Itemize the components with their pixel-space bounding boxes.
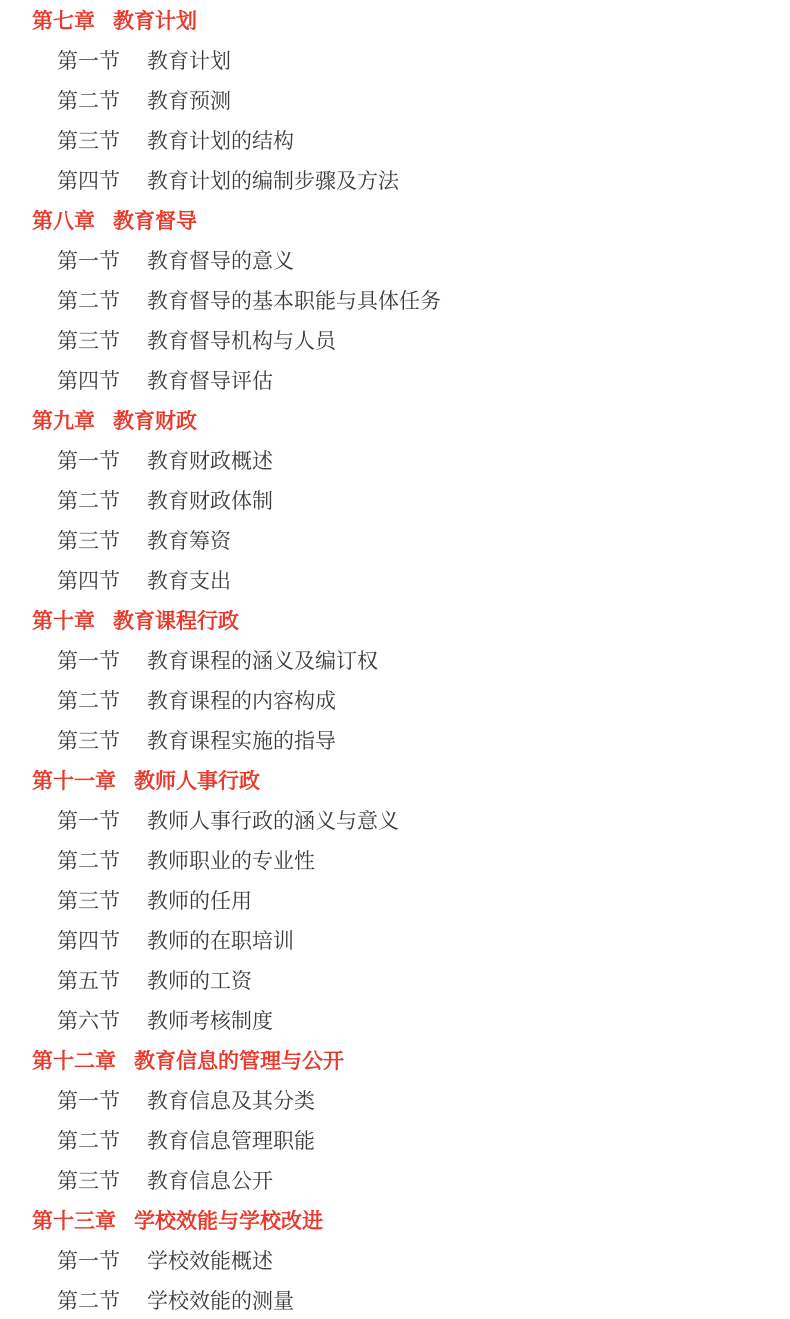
chapter-title: 教育财政 xyxy=(113,405,197,435)
section-title: 教育财政体制 xyxy=(147,485,273,515)
section-row: 第一节 教育督导的意义 xyxy=(0,240,790,280)
section-title: 教育督导的基本职能与具体任务 xyxy=(147,285,441,315)
chapter-row: 第七章 教育计划 xyxy=(0,0,790,40)
section-row: 第二节 教育预测 xyxy=(0,80,790,120)
chapter-title: 教师人事行政 xyxy=(134,765,260,795)
chapter-title: 教育信息的管理与公开 xyxy=(134,1045,344,1075)
section-title: 教育督导的意义 xyxy=(147,245,294,275)
chapter-number: 第九章 xyxy=(32,405,95,435)
chapter-row: 第十三章 学校效能与学校改进 xyxy=(0,1200,790,1240)
chapter-title: 教育课程行政 xyxy=(113,605,239,635)
section-number: 第二节 xyxy=(57,485,120,515)
table-of-contents: 第七章 教育计划 第一节 教育计划 第二节 教育预测 第三节 教育计划的结构 第… xyxy=(0,0,790,1319)
section-number: 第三节 xyxy=(57,525,120,555)
section-row: 第三节 教育督导机构与人员 xyxy=(0,320,790,360)
section-row: 第二节 教育财政体制 xyxy=(0,480,790,520)
section-title: 教师考核制度 xyxy=(147,1005,273,1035)
section-number: 第二节 xyxy=(57,1285,120,1315)
chapter-row: 第九章 教育财政 xyxy=(0,400,790,440)
section-number: 第一节 xyxy=(57,1245,120,1275)
section-number: 第一节 xyxy=(57,445,120,475)
section-row: 第四节 教育督导评估 xyxy=(0,360,790,400)
section-title: 教育筹资 xyxy=(147,525,231,555)
section-title: 教育计划的编制步骤及方法 xyxy=(147,165,399,195)
section-number: 第四节 xyxy=(57,165,120,195)
section-number: 第二节 xyxy=(57,85,120,115)
section-title: 教育财政概述 xyxy=(147,445,273,475)
section-title: 教育信息公开 xyxy=(147,1165,273,1195)
section-number: 第五节 xyxy=(57,965,120,995)
section-number: 第二节 xyxy=(57,685,120,715)
section-title: 教育督导评估 xyxy=(147,365,273,395)
section-title: 教育督导机构与人员 xyxy=(147,325,336,355)
section-title: 教师人事行政的涵义与意义 xyxy=(147,805,399,835)
section-number: 第一节 xyxy=(57,805,120,835)
section-title: 学校效能概述 xyxy=(147,1245,273,1275)
chapter-row: 第十二章 教育信息的管理与公开 xyxy=(0,1040,790,1080)
section-row: 第二节 教师职业的专业性 xyxy=(0,840,790,880)
section-row: 第三节 教育信息公开 xyxy=(0,1160,790,1200)
section-row: 第一节 教育财政概述 xyxy=(0,440,790,480)
section-row: 第三节 教育课程实施的指导 xyxy=(0,720,790,760)
chapter-number: 第十二章 xyxy=(32,1045,116,1075)
chapter-number: 第十章 xyxy=(32,605,95,635)
chapter-row: 第十章 教育课程行政 xyxy=(0,600,790,640)
section-row: 第一节 教育信息及其分类 xyxy=(0,1080,790,1120)
section-title: 教育课程实施的指导 xyxy=(147,725,336,755)
section-title: 教育计划 xyxy=(147,45,231,75)
section-number: 第一节 xyxy=(57,645,120,675)
section-row: 第一节 教师人事行政的涵义与意义 xyxy=(0,800,790,840)
section-row: 第四节 教育计划的编制步骤及方法 xyxy=(0,160,790,200)
section-number: 第四节 xyxy=(57,365,120,395)
section-number: 第四节 xyxy=(57,565,120,595)
section-number: 第六节 xyxy=(57,1005,120,1035)
chapter-title: 教育计划 xyxy=(113,5,197,35)
section-row: 第二节 教育课程的内容构成 xyxy=(0,680,790,720)
section-row: 第三节 教师的任用 xyxy=(0,880,790,920)
section-row: 第四节 教育支出 xyxy=(0,560,790,600)
chapter-row: 第十一章 教师人事行政 xyxy=(0,760,790,800)
section-title: 教师的在职培训 xyxy=(147,925,294,955)
section-title: 教育支出 xyxy=(147,565,231,595)
chapter-row: 第八章 教育督导 xyxy=(0,200,790,240)
chapter-number: 第十一章 xyxy=(32,765,116,795)
section-row: 第一节 学校效能概述 xyxy=(0,1240,790,1280)
section-title: 教师的任用 xyxy=(147,885,252,915)
section-number: 第三节 xyxy=(57,125,120,155)
section-number: 第三节 xyxy=(57,1165,120,1195)
section-row: 第六节 教师考核制度 xyxy=(0,1000,790,1040)
section-number: 第二节 xyxy=(57,1125,120,1155)
section-title: 教育计划的结构 xyxy=(147,125,294,155)
section-title: 教师的工资 xyxy=(147,965,252,995)
section-title: 教育课程的涵义及编订权 xyxy=(147,645,378,675)
section-row: 第二节 学校效能的测量 xyxy=(0,1280,790,1319)
section-title: 教师职业的专业性 xyxy=(147,845,315,875)
section-number: 第四节 xyxy=(57,925,120,955)
section-row: 第二节 教育督导的基本职能与具体任务 xyxy=(0,280,790,320)
chapter-number: 第十三章 xyxy=(32,1205,116,1235)
section-row: 第三节 教育计划的结构 xyxy=(0,120,790,160)
section-number: 第三节 xyxy=(57,725,120,755)
section-row: 第一节 教育课程的涵义及编订权 xyxy=(0,640,790,680)
section-title: 学校效能的测量 xyxy=(147,1285,294,1315)
section-title: 教育信息及其分类 xyxy=(147,1085,315,1115)
section-row: 第五节 教师的工资 xyxy=(0,960,790,1000)
section-title: 教育预测 xyxy=(147,85,231,115)
chapter-number: 第八章 xyxy=(32,205,95,235)
section-number: 第三节 xyxy=(57,885,120,915)
section-row: 第二节 教育信息管理职能 xyxy=(0,1120,790,1160)
section-number: 第三节 xyxy=(57,325,120,355)
chapter-title: 教育督导 xyxy=(113,205,197,235)
chapter-number: 第七章 xyxy=(32,5,95,35)
section-number: 第一节 xyxy=(57,45,120,75)
chapter-title: 学校效能与学校改进 xyxy=(134,1205,323,1235)
section-row: 第三节 教育筹资 xyxy=(0,520,790,560)
section-title: 教育信息管理职能 xyxy=(147,1125,315,1155)
section-number: 第二节 xyxy=(57,845,120,875)
section-row: 第一节 教育计划 xyxy=(0,40,790,80)
section-number: 第一节 xyxy=(57,1085,120,1115)
section-row: 第四节 教师的在职培训 xyxy=(0,920,790,960)
section-number: 第一节 xyxy=(57,245,120,275)
section-title: 教育课程的内容构成 xyxy=(147,685,336,715)
section-number: 第二节 xyxy=(57,285,120,315)
